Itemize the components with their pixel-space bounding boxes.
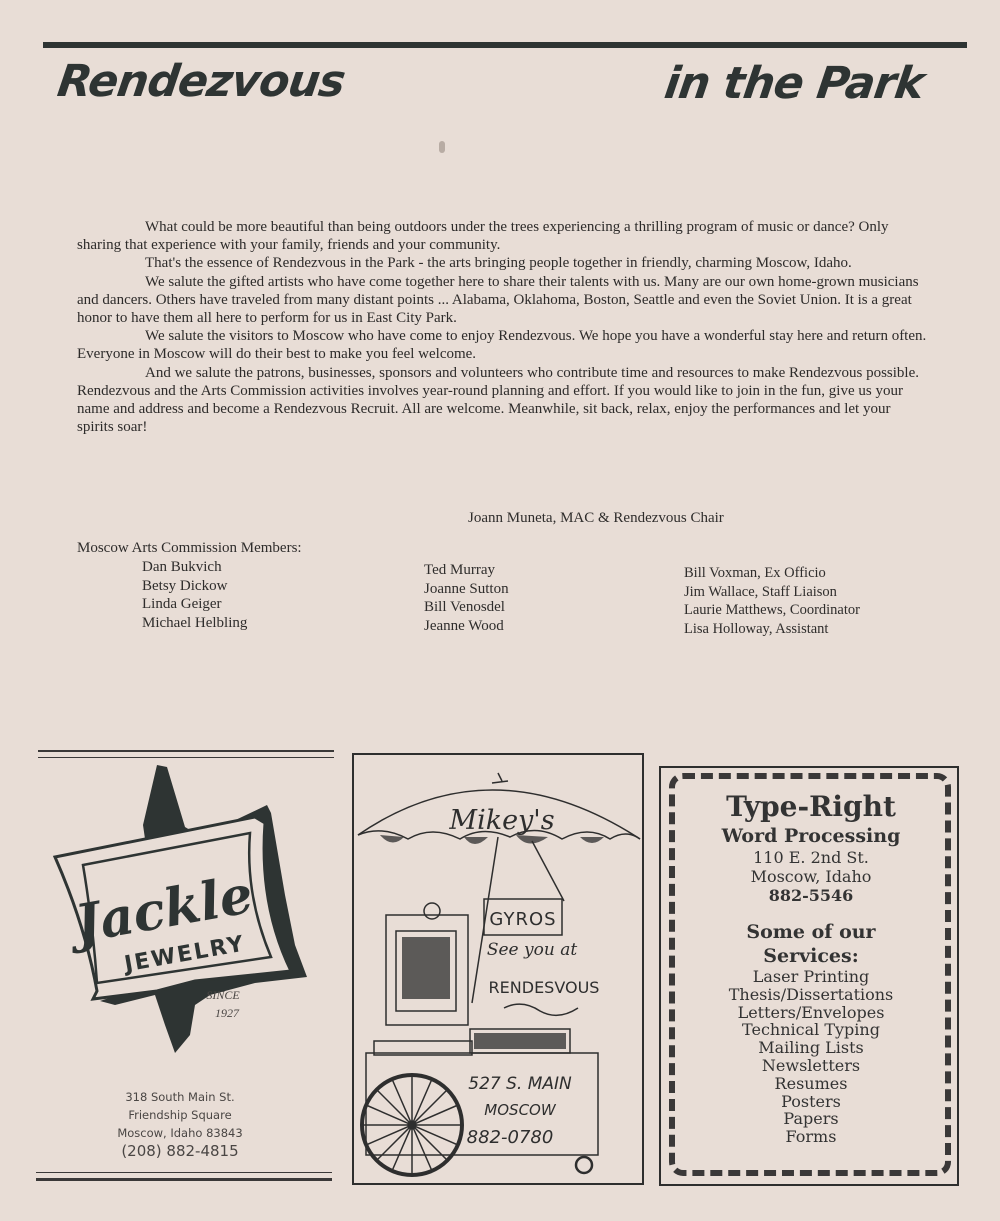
ad-rule: [38, 757, 334, 758]
print-speck: [439, 141, 445, 153]
members-column-1: Dan Bukvich Betsy Dickow Linda Geiger Mi…: [142, 558, 247, 632]
ad-rule: [38, 750, 334, 752]
service-item: Laser Printing: [680, 968, 942, 986]
gyro-cart-illustration: Mikey's GYROS See you at RENDESVOUS 527 …: [352, 753, 644, 1185]
member-name: Bill Venosdel: [424, 598, 509, 617]
service-item: Letters/Envelopes: [680, 1004, 942, 1022]
address-line: 318 South Main St.: [60, 1088, 300, 1106]
members-label: Moscow Arts Commission Members:: [77, 540, 302, 557]
svg-text:1927: 1927: [215, 1006, 240, 1020]
ad-rule: [36, 1172, 332, 1173]
member-name: Lisa Holloway, Assistant: [684, 620, 860, 639]
member-name: Jim Wallace, Staff Liaison: [684, 583, 860, 602]
ad-rule: [36, 1178, 332, 1181]
business-subtitle: Word Processing: [680, 824, 942, 848]
svg-text:527 S. MAIN: 527 S. MAIN: [468, 1074, 572, 1094]
member-name: Betsy Dickow: [142, 577, 247, 596]
address-line: Moscow, Idaho: [680, 867, 942, 886]
member-name: Laurie Matthews, Coordinator: [684, 601, 860, 620]
svg-text:Mikey's: Mikey's: [448, 805, 554, 836]
svg-text:See you at: See you at: [487, 940, 577, 960]
jackle-address: 318 South Main St. Friendship Square Mos…: [60, 1088, 300, 1160]
member-name: Bill Voxman, Ex Officio: [684, 564, 860, 583]
member-name: Linda Geiger: [142, 595, 247, 614]
service-item: Forms: [680, 1128, 942, 1146]
jackle-jewelry-logo: Jackle JEWELRY SINCE 1927: [45, 765, 315, 1055]
phone-number: (208) 882-4815: [60, 1142, 300, 1160]
service-item: Papers: [680, 1110, 942, 1128]
phone-number: 882-5546: [680, 886, 942, 906]
intro-letter: What could be more beautiful than being …: [77, 218, 927, 436]
address-line: Friendship Square: [60, 1106, 300, 1124]
svg-text:GYROS: GYROS: [489, 909, 556, 930]
members-column-3: Bill Voxman, Ex Officio Jim Wallace, Sta…: [684, 564, 860, 638]
member-name: Dan Bukvich: [142, 558, 247, 577]
svg-text:SINCE: SINCE: [206, 988, 240, 1002]
paragraph: We salute the gifted artists who have co…: [77, 273, 927, 328]
member-name: Joanne Sutton: [424, 580, 509, 599]
svg-text:MOSCOW: MOSCOW: [484, 1101, 557, 1119]
services-heading: Services:: [680, 944, 942, 968]
services-heading: Some of our: [680, 920, 942, 944]
address-line: 110 E. 2nd St.: [680, 848, 942, 867]
address-line: Moscow, Idaho 83843: [60, 1124, 300, 1142]
paragraph: We salute the visitors to Moscow who hav…: [77, 327, 927, 363]
service-item: Thesis/Dissertations: [680, 986, 942, 1004]
paragraph: What could be more beautiful than being …: [77, 218, 927, 254]
member-name: Ted Murray: [424, 561, 509, 580]
service-item: Technical Typing: [680, 1021, 942, 1039]
business-name: Type-Right: [680, 790, 942, 824]
signature: Joann Muneta, MAC & Rendezvous Chair: [468, 510, 724, 527]
svg-text:882-0780: 882-0780: [467, 1127, 554, 1148]
header-rule: [43, 42, 967, 48]
service-item: Posters: [680, 1093, 942, 1111]
service-item: Mailing Lists: [680, 1039, 942, 1057]
service-item: Resumes: [680, 1075, 942, 1093]
typeright-ad-content: Type-Right Word Processing 110 E. 2nd St…: [680, 790, 942, 1146]
paragraph: And we salute the patrons, businesses, s…: [77, 364, 927, 437]
title-rendezvous: Rendezvous: [54, 56, 347, 107]
member-name: Michael Helbling: [142, 614, 247, 633]
member-name: Jeanne Wood: [424, 617, 509, 636]
members-column-2: Ted Murray Joanne Sutton Bill Venosdel J…: [424, 561, 509, 635]
svg-text:RENDESVOUS: RENDESVOUS: [489, 978, 600, 997]
title-in-the-park: in the Park: [661, 58, 926, 109]
service-item: Newsletters: [680, 1057, 942, 1075]
paragraph: That's the essence of Rendezvous in the …: [77, 254, 927, 272]
